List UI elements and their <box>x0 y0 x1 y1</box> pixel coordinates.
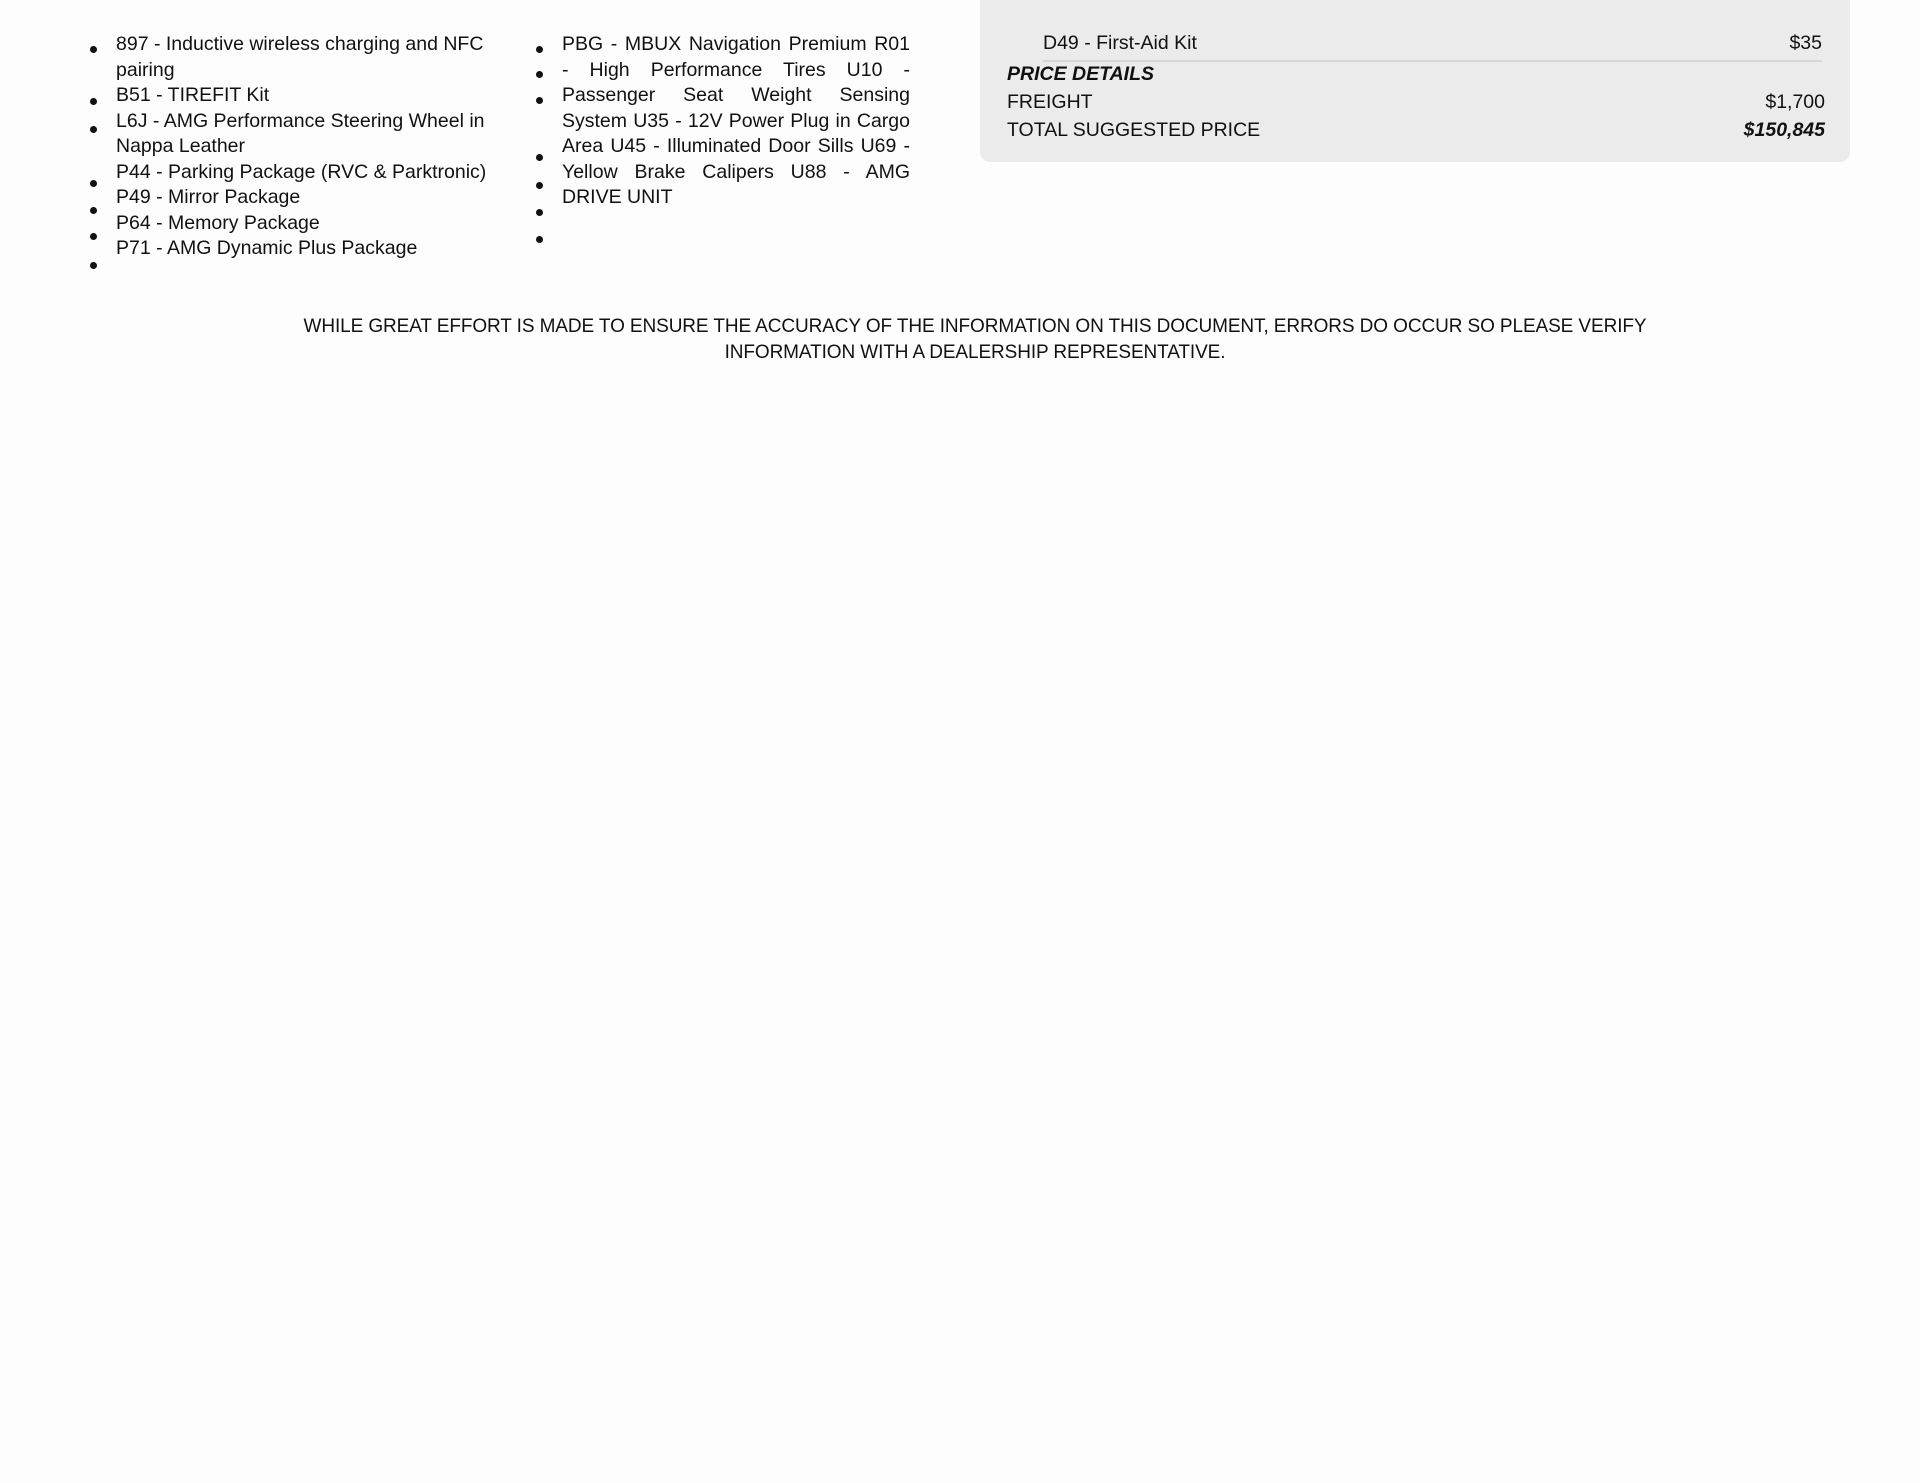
bullet-icon <box>90 98 97 105</box>
bullet-icon <box>90 46 97 53</box>
list-item: P64 - Memory Package <box>116 211 506 237</box>
disclaimer-line-1: WHILE GREAT EFFORT IS MADE TO ENSURE THE… <box>0 314 1920 340</box>
list-item: 897 - Inductive wireless charging and NF… <box>116 32 506 83</box>
price-details-panel: D49 - First-Aid Kit $35 PRICE DETAILS FR… <box>980 0 1850 162</box>
option-line-item: D49 - First-Aid Kit $35 <box>1043 32 1822 62</box>
total-price-row: TOTAL SUGGESTED PRICE $150,845 <box>1007 119 1825 142</box>
option-price: $35 <box>1789 32 1822 60</box>
bullet-icon <box>90 233 97 240</box>
freight-label: FREIGHT <box>1007 91 1093 114</box>
bullet-icon <box>536 236 543 243</box>
option-label: D49 - First-Aid Kit <box>1043 32 1197 60</box>
price-details-heading: PRICE DETAILS <box>1007 63 1154 86</box>
total-price-value: $150,845 <box>1744 119 1825 142</box>
list-item: P44 - Parking Package (RVC & Parktronic) <box>116 160 506 186</box>
bullet-icon <box>536 71 543 78</box>
disclaimer: WHILE GREAT EFFORT IS MADE TO ENSURE THE… <box>0 314 1920 366</box>
bullet-icon <box>536 154 543 161</box>
bullet-icon <box>90 262 97 269</box>
bullet-icon <box>536 182 543 189</box>
total-price-label: TOTAL SUGGESTED PRICE <box>1007 119 1260 142</box>
bullet-icon <box>536 209 543 216</box>
bullet-icon <box>90 126 97 133</box>
disclaimer-line-2: INFORMATION WITH A DEALERSHIP REPRESENTA… <box>0 340 1920 366</box>
list-item: P71 - AMG Dynamic Plus Package <box>116 236 506 262</box>
bullet-icon <box>536 46 543 53</box>
bullet-icon <box>536 97 543 104</box>
bullet-icon <box>90 180 97 187</box>
options-list-left: 897 - Inductive wireless charging and NF… <box>116 32 506 262</box>
list-item: PBG - MBUX Navigation Premium R01 - High… <box>562 32 910 211</box>
bullet-icon <box>90 207 97 214</box>
list-item: B51 - TIREFIT Kit <box>116 83 506 109</box>
freight-value: $1,700 <box>1765 91 1825 114</box>
freight-row: FREIGHT $1,700 <box>1007 91 1825 114</box>
options-list-middle: PBG - MBUX Navigation Premium R01 - High… <box>562 32 910 211</box>
list-item: L6J - AMG Performance Steering Wheel in … <box>116 109 506 160</box>
list-item: P49 - Mirror Package <box>116 185 506 211</box>
